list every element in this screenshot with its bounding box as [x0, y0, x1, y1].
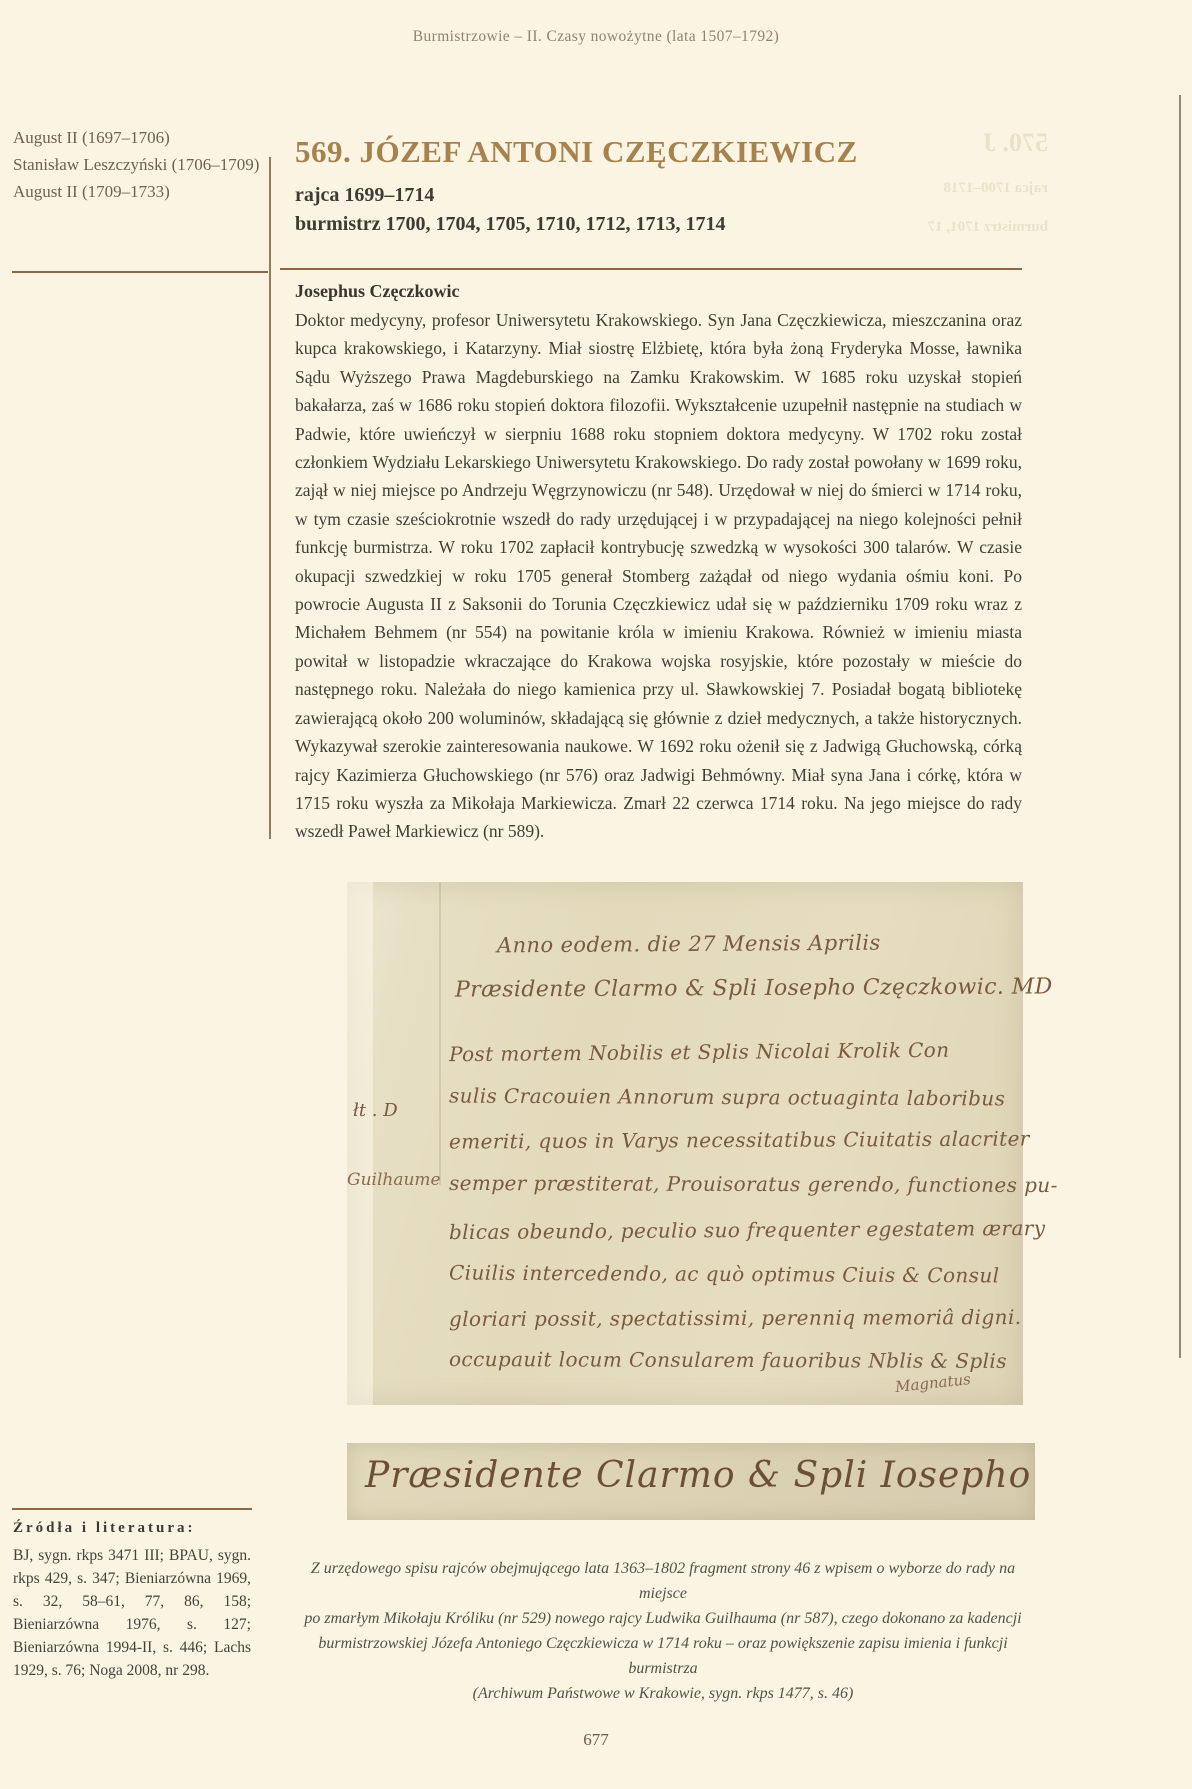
- entry-heading: 569. JÓZEF ANTONI CZĘCZKIEWICZ: [295, 134, 1035, 170]
- biography-paragraph: Doktor medycyny, profesor Uniwersytetu K…: [295, 306, 1022, 846]
- reign-line: August II (1709–1733): [13, 178, 263, 205]
- manuscript-detail-strip: Præsidente Clarmo & Spli Iosepho Częczko…: [347, 1443, 1035, 1520]
- running-header: Burmistrzowie – II. Czasy nowożytne (lat…: [0, 28, 1192, 46]
- manuscript-line: occupauit locum Consularem fauoribus Nbl…: [449, 1347, 1007, 1373]
- manuscript-page-margin: [347, 882, 373, 1405]
- page-edge-line: [1179, 95, 1181, 1358]
- manuscript-line: gloriari possit, spectatissimi, perenniq…: [449, 1305, 1022, 1331]
- sources-text: BJ, sygn. rkps 3471 III; BPAU, sygn. rkp…: [13, 1544, 251, 1682]
- manuscript-line: emeriti, quos in Varys necessitatibus Ci…: [449, 1126, 1030, 1153]
- sidebar-reign-list: August II (1697–1706) Stanisław Leszczyń…: [13, 124, 263, 205]
- book-page: Burmistrzowie – II. Czasy nowożytne (lat…: [0, 0, 1192, 1789]
- page-number: 677: [0, 1730, 1192, 1750]
- ghost-line: burmistrz 1701, 17: [928, 219, 1048, 236]
- latin-name: Josephus Częczkowic: [295, 281, 460, 302]
- manuscript-fold-line: [439, 882, 441, 1185]
- sources-heading: Źródła i literatura:: [13, 1520, 195, 1537]
- manuscript-line: Præsidente Clarmo & Spli Iosepho Częczko…: [455, 974, 1053, 1002]
- office-line-rajca: rajca 1699–1714: [295, 184, 434, 207]
- caption-line: Z urzędowego spisu rajców obejmującego l…: [288, 1556, 1038, 1606]
- manuscript-signature: Magnatus: [894, 1370, 971, 1396]
- heading-rule: [280, 268, 1022, 270]
- ghost-line: rajca 1700–1718: [928, 180, 1048, 197]
- manuscript-line: semper præstiterat, Prouisoratus gerendo…: [449, 1171, 1058, 1197]
- manuscript-line: blicas obeundo, peculio suo frequenter e…: [449, 1216, 1046, 1244]
- column-divider: [269, 157, 271, 839]
- caption-line: (Archiwum Państwowe w Krakowie, sygn. rk…: [288, 1681, 1038, 1706]
- caption-line: po zmarłym Mikołaju Króliku (nr 529) now…: [288, 1606, 1038, 1631]
- manuscript-line: sulis Cracouien Annorum supra octuaginta…: [449, 1084, 1005, 1111]
- reign-line: August II (1697–1706): [13, 124, 263, 151]
- manuscript-scan: Anno eodem. die 27 Mensis Aprilis Præsid…: [347, 882, 1023, 1405]
- manuscript-line: Post mortem Nobilis et Splis Nicolai Kro…: [449, 1038, 950, 1066]
- manuscript-margin-note: łt . D: [353, 1100, 398, 1121]
- reign-line: Stanisław Leszczyński (1706–1709): [13, 151, 263, 178]
- manuscript-detail-text: Præsidente Clarmo & Spli Iosepho Częczko…: [365, 1455, 1035, 1496]
- sources-rule: [12, 1508, 252, 1510]
- office-line-burmistrz: burmistrz 1700, 1704, 1705, 1710, 1712, …: [295, 213, 726, 236]
- manuscript-line: Ciuilis intercedendo, ac quò optimus Ciu…: [449, 1261, 1000, 1288]
- manuscript-margin-note: Guilhaume: [347, 1170, 441, 1190]
- caption-line: burmistrzowskiej Józefa Antoniego Częczk…: [288, 1631, 1038, 1681]
- figure-caption: Z urzędowego spisu rajców obejmującego l…: [288, 1556, 1038, 1706]
- manuscript-line: Anno eodem. die 27 Mensis Aprilis: [497, 931, 881, 958]
- sidebar-rule: [12, 271, 268, 273]
